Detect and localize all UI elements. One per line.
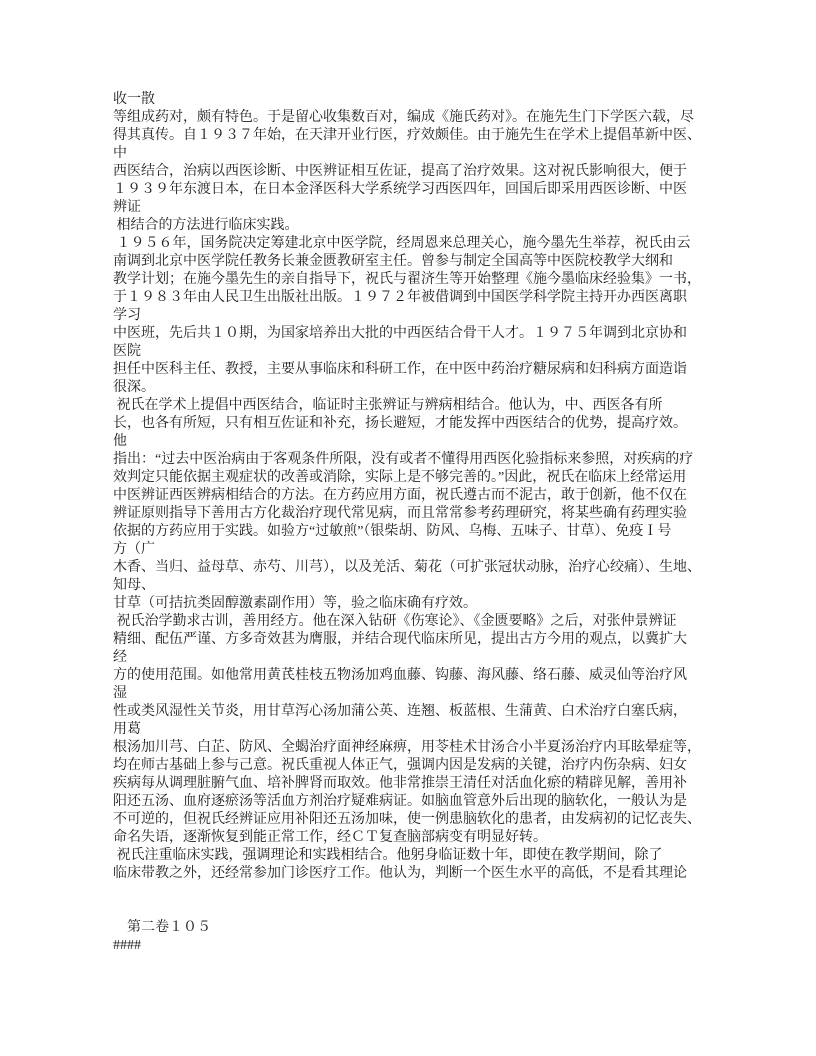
document-page: 收一散 等组成药对，颇有特色。于是留心收集数百对，编成《施氏药对》。在施先生门下…	[0, 0, 816, 1056]
document-footer: 第二卷１０５ ####	[113, 919, 726, 955]
document-body-text: 收一散 等组成药对，颇有特色。于是留心收集数百对，编成《施氏药对》。在施先生门下…	[113, 91, 718, 883]
footer-volume-page: 第二卷１０５	[113, 919, 726, 937]
footer-marker: ####	[113, 937, 726, 955]
